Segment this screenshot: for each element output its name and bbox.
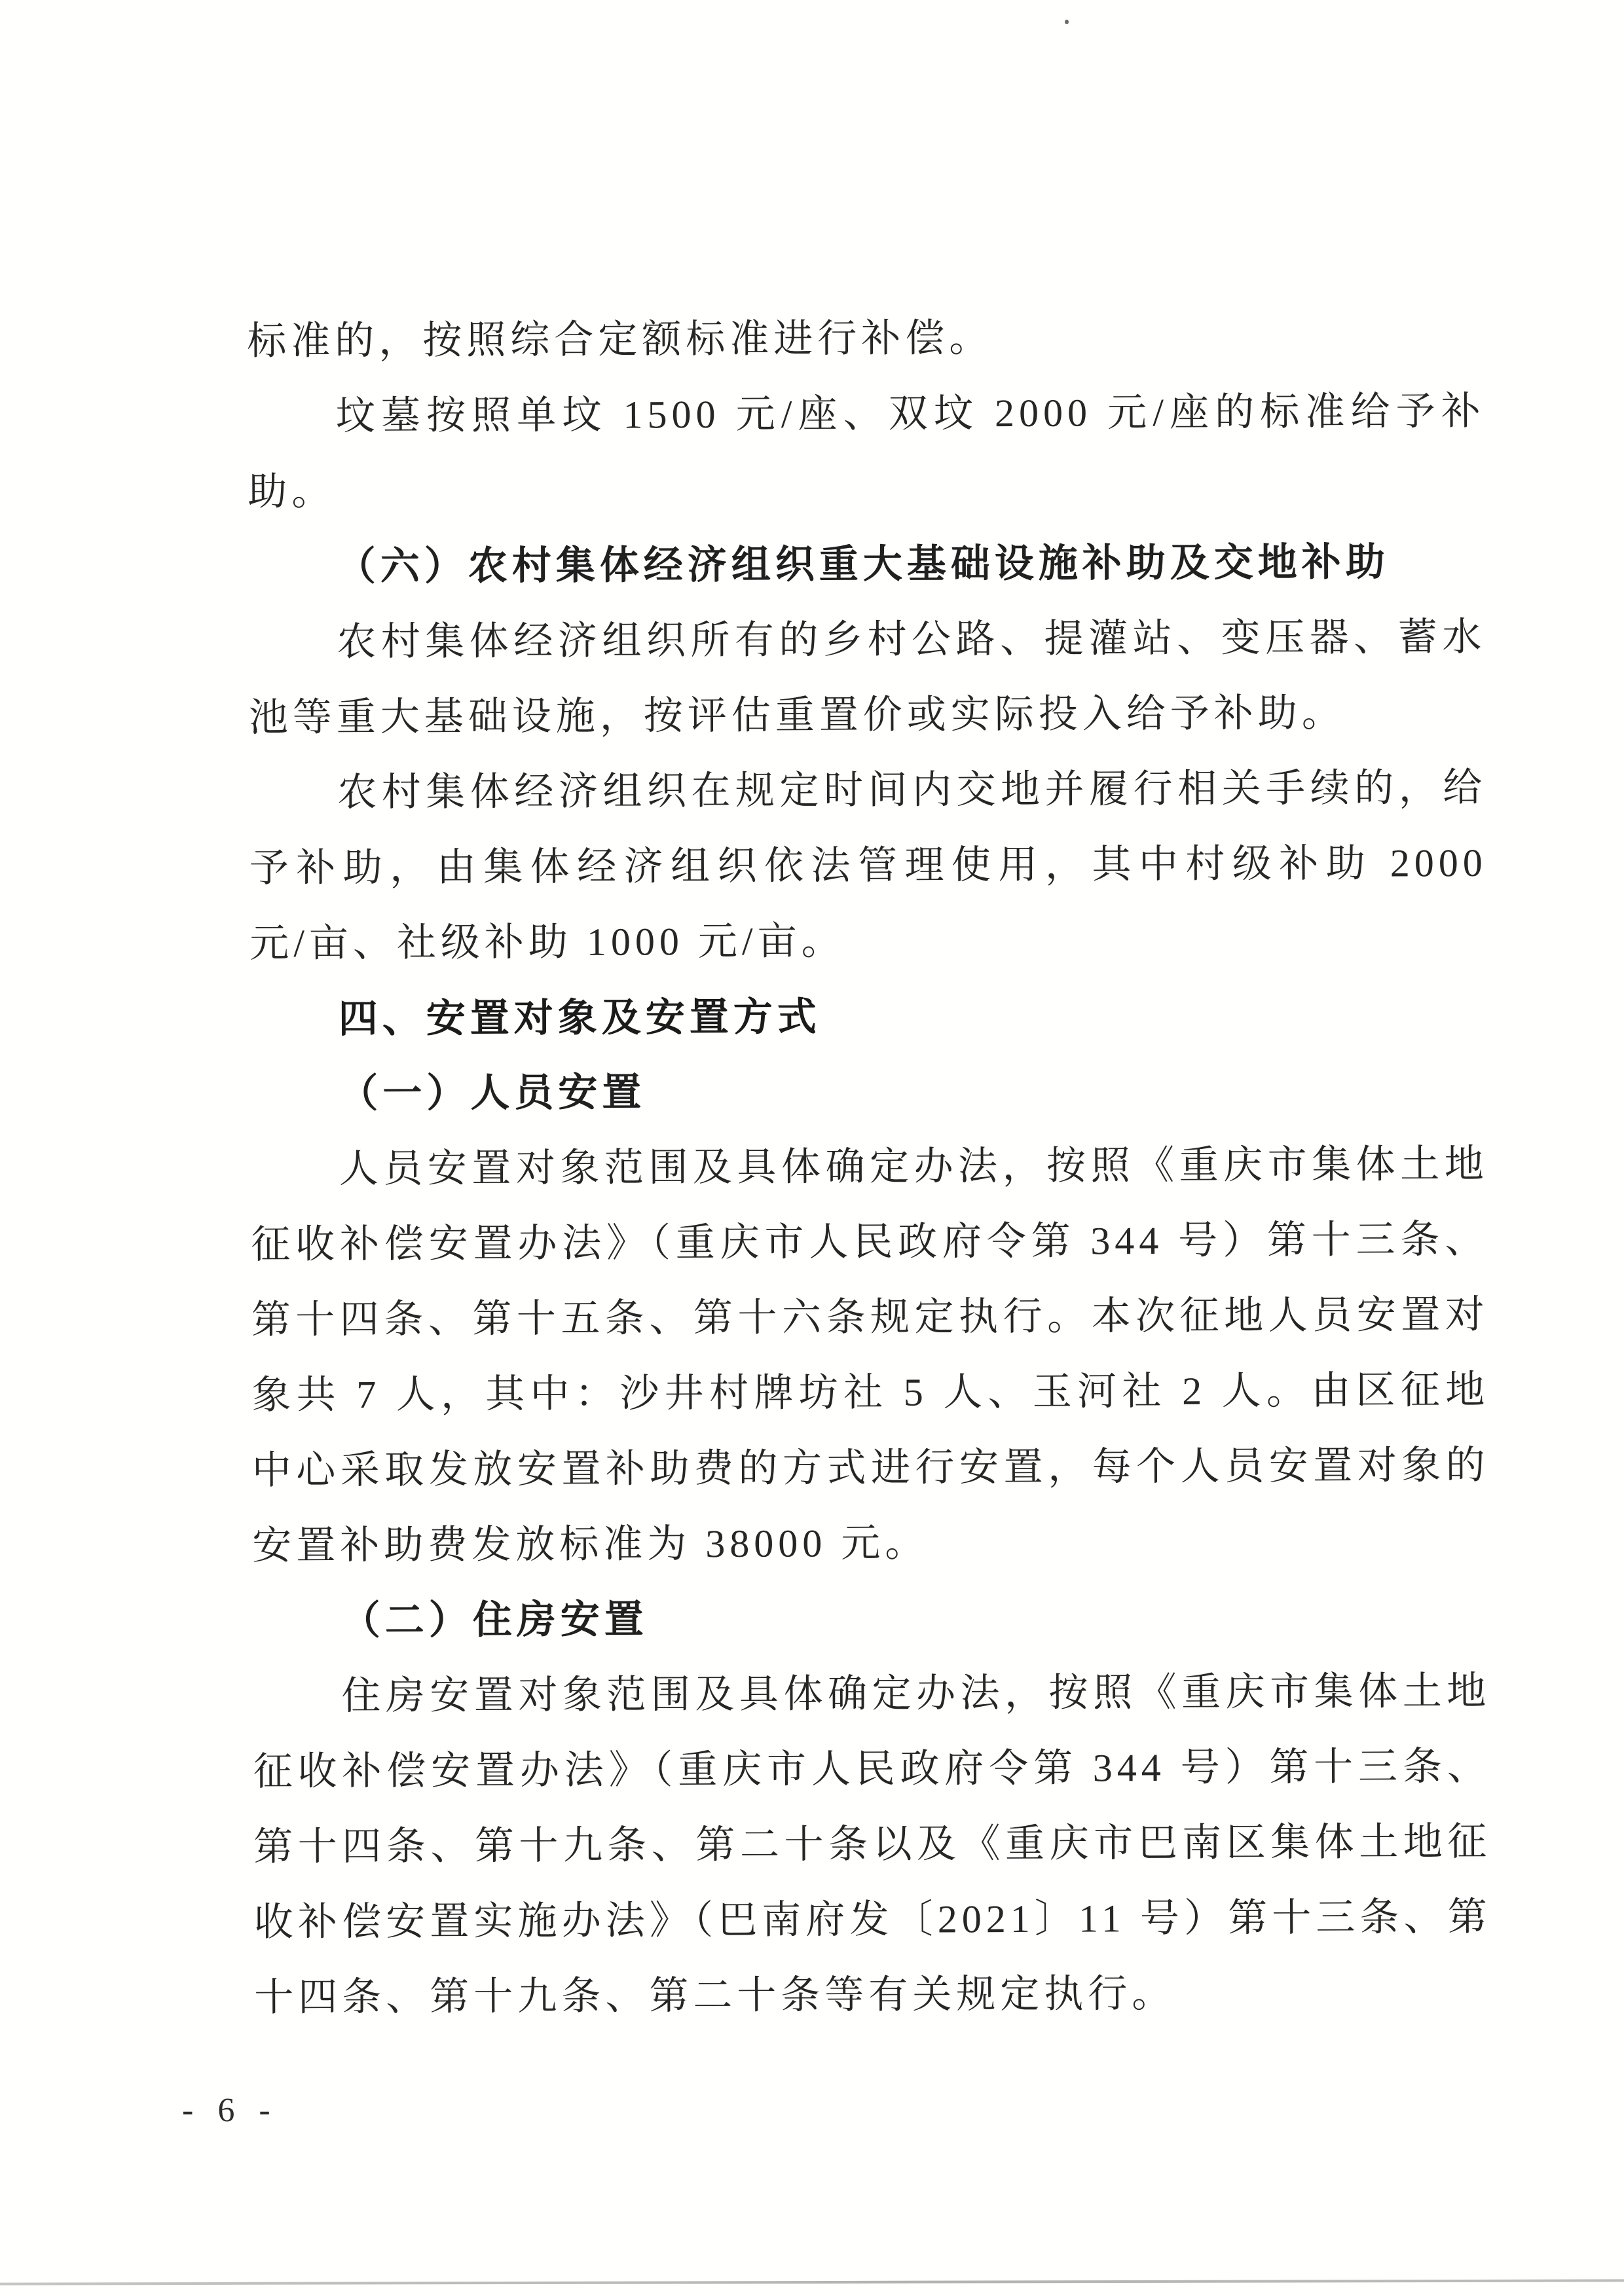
chapter-heading-four-resettlement: 四、安置对象及安置方式 bbox=[250, 976, 1488, 1057]
paragraph-grave-subsidy: 坟墓按照单坟 1500 元/座、双坟 2000 元/座的标准给予补助。 bbox=[248, 374, 1486, 530]
document-page: 标准的，按照综合定额标准进行补偿。 坟墓按照单坟 1500 元/座、双坟 200… bbox=[0, 0, 1624, 2296]
document-text-block: 标准的，按照综合定额标准进行补偿。 坟墓按照单坟 1500 元/座、双坟 200… bbox=[247, 299, 1492, 2035]
scan-speck-artifact bbox=[1065, 20, 1069, 24]
section-heading-two-housing: （二）住房安置 bbox=[253, 1578, 1490, 1659]
paragraph-land-handover-subsidy: 农村集体经济组织在规定时间内交地并履行相关手续的，给予补助，由集体经济组织依法管… bbox=[249, 750, 1487, 981]
paragraph-compensation-standard: 标准的，按照综合定额标准进行补偿。 bbox=[247, 299, 1485, 379]
paragraph-housing-resettlement: 住房安置对象范围及具体确定办法，按照《重庆市集体土地征收补偿安置办法》（重庆市人… bbox=[253, 1654, 1492, 2035]
section-heading-one-personnel: （一）人员安置 bbox=[250, 1051, 1488, 1132]
section-heading-six-infrastructure: （六）农村集体经济组织重大基础设施补助及交地补助 bbox=[248, 524, 1486, 605]
paragraph-personnel-resettlement: 人员安置对象范围及具体确定办法，按照《重庆市集体土地征收补偿安置办法》（重庆市人… bbox=[251, 1127, 1490, 1584]
page-number: - 6 - bbox=[182, 2091, 278, 2130]
scan-edge-shadow bbox=[0, 2279, 1624, 2285]
paragraph-infrastructure-subsidy: 农村集体经济组织所有的乡村公路、提灌站、变压器、蓄水池等重大基础设施，按评估重置… bbox=[248, 600, 1486, 756]
